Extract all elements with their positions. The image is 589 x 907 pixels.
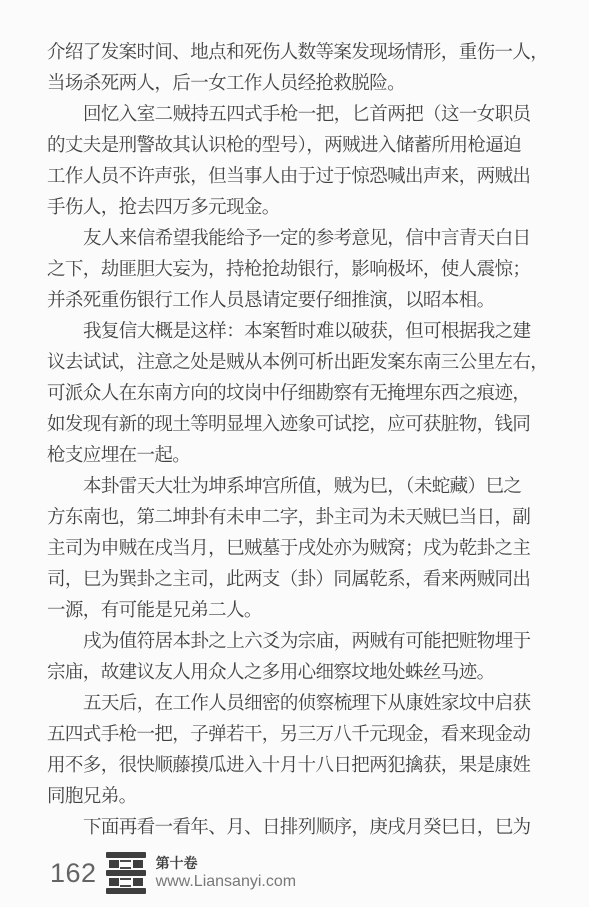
- logo-block: [109, 860, 119, 868]
- logo-bar: [106, 870, 146, 876]
- paragraph: 我复信大概是这样：本案暂时难以破获，但可根据我之建 议去试试，注意之处是贼从本例…: [47, 317, 552, 472]
- text-line: 主司为申贼在戌当月，巳贼墓于戌处亦为贼窝；戌为乾卦之主: [47, 534, 552, 565]
- text-line: 工作人员不许声张，但当事人由于过于惊恐喊出声来，两贼出: [47, 162, 552, 193]
- text-line: 本卦雷天大壮为坤系坤宫所值，贼为巳，（未蛇藏）巳之: [47, 472, 552, 503]
- page-text-block: 介绍了发案时间、地点和死伤人数等案发现场情形，重伤一人， 当场杀死两人，后一女工…: [47, 38, 552, 844]
- logo-bar: [106, 852, 146, 858]
- logo-broken-row: [106, 878, 146, 886]
- logo-center-marks: [120, 860, 131, 869]
- logo-block: [133, 860, 143, 868]
- logo-block: [109, 878, 119, 886]
- text-line: 用不多，很快顺藤摸瓜进入十月十八日把两犯擒获，果是康姓: [47, 751, 552, 782]
- text-line: 可派众人在东南方向的坟岗中仔细勘察有无掩埋东西之痕迹，: [47, 379, 552, 410]
- book-page: 介绍了发案时间、地点和死伤人数等案发现场情形，重伤一人， 当场杀死两人，后一女工…: [0, 0, 589, 907]
- paragraph: 本卦雷天大壮为坤系坤宫所值，贼为巳，（未蛇藏）巳之 方东南也，第二坤卦有未申二字…: [47, 472, 552, 627]
- text-line: 并杀死重伤银行工作人员恳请定要仔细推演，以昭本相。: [47, 286, 552, 317]
- volume-label: 第十卷: [156, 854, 297, 872]
- text-line: 五四式手枪一把，子弹若干，另三万八千元现金，看来现金动: [47, 720, 552, 751]
- text-line: 介绍了发案时间、地点和死伤人数等案发现场情形，重伤一人，: [47, 38, 552, 69]
- logo-broken-row: [106, 860, 146, 868]
- text-line: 同胞兄弟。: [47, 782, 552, 813]
- website-url: www.Liansanyi.com: [156, 872, 297, 892]
- text-line: 下面再看一看年、月、日排列顺序，庚戌月癸巳日，巳为: [47, 813, 552, 844]
- text-line: 五天后，在工作人员细密的侦察梳理下从康姓家坟中启获: [47, 689, 552, 720]
- liansanyi-logo-icon: [106, 852, 146, 894]
- text-line: 之下，劫匪胆大妄为，持枪抢劫银行，影响极坏，使人震惊；: [47, 255, 552, 286]
- text-line: 我复信大概是这样：本案暂时难以破获，但可根据我之建: [47, 317, 552, 348]
- publisher-info: 第十卷 www.Liansanyi.com: [156, 854, 297, 892]
- text-line: 如发现有新的现土等明显埋入迹象可试挖，应可获脏物，钱同: [47, 410, 552, 441]
- paragraph: 介绍了发案时间、地点和死伤人数等案发现场情形，重伤一人， 当场杀死两人，后一女工…: [47, 38, 552, 100]
- text-line: 的丈夫是刑警故其认识枪的型号），两贼进入储蓄所用枪逼迫: [47, 131, 552, 162]
- text-line: 方东南也，第二坤卦有未申二字，卦主司为未天贼巳当日，副: [47, 503, 552, 534]
- text-line: 司，巳为巽卦之主司，此两支（卦）同属乾系，看来两贼同出: [47, 565, 552, 596]
- text-line: 回忆入室二贼持五四式手枪一把，匕首两把（这一女职员: [47, 100, 552, 131]
- page-footer: 162 第十卷 www.Liansanyi.com: [50, 852, 296, 894]
- logo-block: [133, 878, 143, 886]
- paragraph: 回忆入室二贼持五四式手枪一把，匕首两把（这一女职员 的丈夫是刑警故其认识枪的型号…: [47, 100, 552, 224]
- logo-center-marks: [120, 878, 131, 887]
- text-line: 议去试试，注意之处是贼从本例可析出距发案东南三公里左右，: [47, 348, 552, 379]
- paragraph: 下面再看一看年、月、日排列顺序，庚戌月癸巳日，巳为: [47, 813, 552, 844]
- text-line: 友人来信希望我能给予一定的参考意见，信中言青天白日: [47, 224, 552, 255]
- paragraph: 友人来信希望我能给予一定的参考意见，信中言青天白日 之下，劫匪胆大妄为，持枪抢劫…: [47, 224, 552, 317]
- text-line: 手伤人，抢去四万多元现金。: [47, 193, 552, 224]
- text-line: 当场杀死两人，后一女工作人员经抢救脱险。: [47, 69, 552, 100]
- text-line: 一源，有可能是兄弟二人。: [47, 596, 552, 627]
- text-line: 枪支应埋在一起。: [47, 441, 552, 472]
- logo-bar: [106, 888, 146, 894]
- paragraph: 五天后，在工作人员细密的侦察梳理下从康姓家坟中启获 五四式手枪一把，子弹若干，另…: [47, 689, 552, 813]
- text-line: 宗庙，故建议友人用众人之多用心细察坟地处蛛丝马迹。: [47, 658, 552, 689]
- text-line: 戌为值符居本卦之上六爻为宗庙，两贼有可能把赃物埋于: [47, 627, 552, 658]
- page-number: 162: [50, 858, 97, 889]
- paragraph: 戌为值符居本卦之上六爻为宗庙，两贼有可能把赃物埋于 宗庙，故建议友人用众人之多用…: [47, 627, 552, 689]
